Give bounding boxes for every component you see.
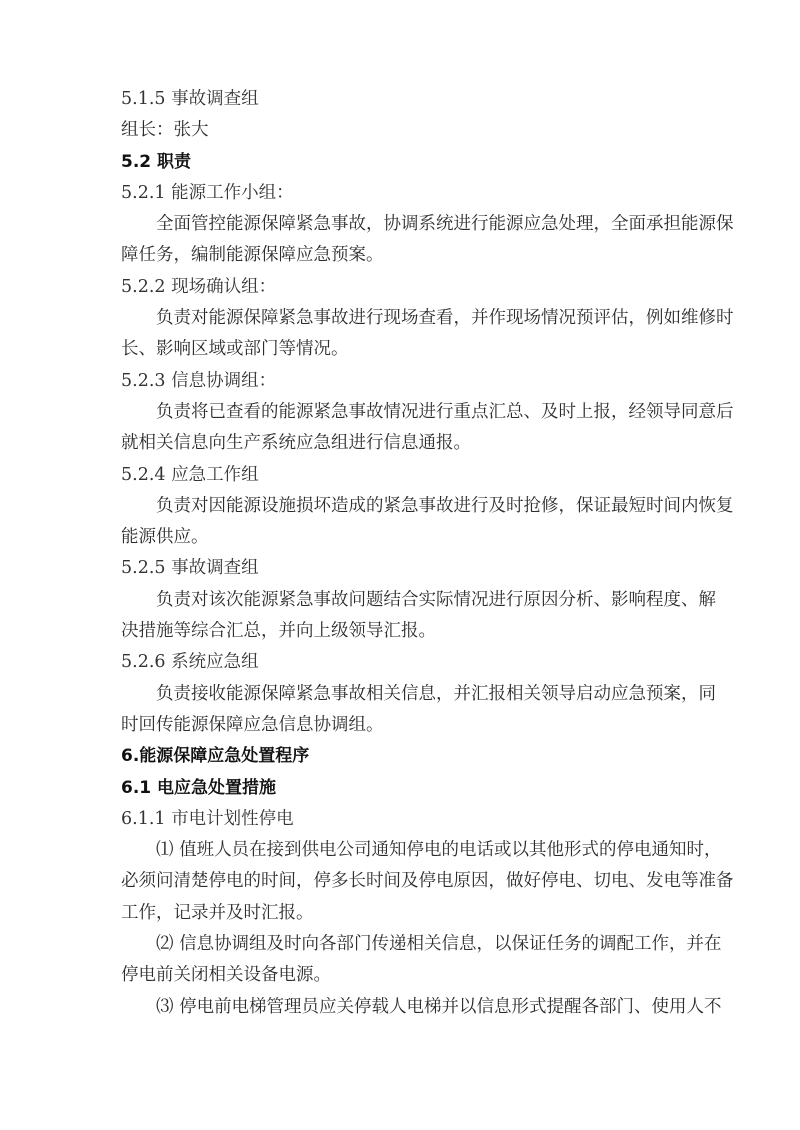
paragraph-5-2-2-line-1: 负责对能源保障紧急事故进行现场查看，并作现场情况预评估，例如维修时 xyxy=(121,303,681,334)
item-1-line-1: ⑴ 值班人员在接到供电公司通知停电的电话或以其他形式的停电通知时， xyxy=(121,835,681,866)
paragraph-5-2-4-line-2: 能源供应。 xyxy=(121,522,681,553)
paragraph-5-2-6-line-2: 时回传能源保障应急信息协调组。 xyxy=(121,710,681,741)
section-heading-6-1: 6.1 电应急处置措施 xyxy=(121,773,681,804)
section-heading-5-2-4: 5.2.4 应急工作组 xyxy=(121,460,681,491)
section-heading-5-2-1: 5.2.1 能源工作小组： xyxy=(121,178,681,209)
paragraph-5-2-3-line-1: 负责将已查看的能源紧急事故情况进行重点汇总、及时上报，经领导同意后 xyxy=(121,397,681,428)
section-heading-5-2-6: 5.2.6 系统应急组 xyxy=(121,647,681,678)
section-heading-5-2-3: 5.2.3 信息协调组： xyxy=(121,366,681,397)
section-heading-5-2-2: 5.2.2 现场确认组： xyxy=(121,272,681,303)
document-page: 5.1.5 事故调查组 组长：张大 5.2 职责 5.2.1 能源工作小组： 全… xyxy=(121,84,681,1023)
paragraph-5-2-1-line-1: 全面管控能源保障紧急事故，协调系统进行能源应急处理，全面承担能源保 xyxy=(121,209,681,240)
group-leader-line: 组长：张大 xyxy=(121,115,681,146)
section-heading-6-1-1: 6.1.1 市电计划性停电 xyxy=(121,804,681,835)
paragraph-5-2-5-line-1: 负责对该次能源紧急事故问题结合实际情况进行原因分析、影响程度、解 xyxy=(121,585,681,616)
paragraph-5-2-4-line-1: 负责对因能源设施损坏造成的紧急事故进行及时抢修，保证最短时间内恢复 xyxy=(121,491,681,522)
item-2-line-2: 停电前关闭相关设备电源。 xyxy=(121,960,681,991)
paragraph-5-2-2-line-2: 长、影响区域或部门等情况。 xyxy=(121,334,681,365)
paragraph-5-2-6-line-1: 负责接收能源保障紧急事故相关信息，并汇报相关领导启动应急预案，同 xyxy=(121,679,681,710)
item-1-line-3: 工作，记录并及时汇报。 xyxy=(121,898,681,929)
paragraph-5-2-3-line-2: 就相关信息向生产系统应急组进行信息通报。 xyxy=(121,428,681,459)
paragraph-5-2-1-line-2: 障任务，编制能源保障应急预案。 xyxy=(121,240,681,271)
paragraph-5-2-5-line-2: 决措施等综合汇总，并向上级领导汇报。 xyxy=(121,616,681,647)
section-heading-5-1-5: 5.1.5 事故调查组 xyxy=(121,84,681,115)
section-heading-5-2: 5.2 职责 xyxy=(121,147,681,178)
item-2-line-1: ⑵ 信息协调组及时向各部门传递相关信息，以保证任务的调配工作，并在 xyxy=(121,929,681,960)
item-3-line-1: ⑶ 停电前电梯管理员应关停载人电梯并以信息形式提醒各部门、使用人不 xyxy=(121,992,681,1023)
item-1-line-2: 必须问清楚停电的时间，停多长时间及停电原因，做好停电、切电、发电等准备 xyxy=(121,866,681,897)
section-heading-6: 6.能源保障应急处置程序 xyxy=(121,741,681,772)
section-heading-5-2-5: 5.2.5 事故调查组 xyxy=(121,553,681,584)
